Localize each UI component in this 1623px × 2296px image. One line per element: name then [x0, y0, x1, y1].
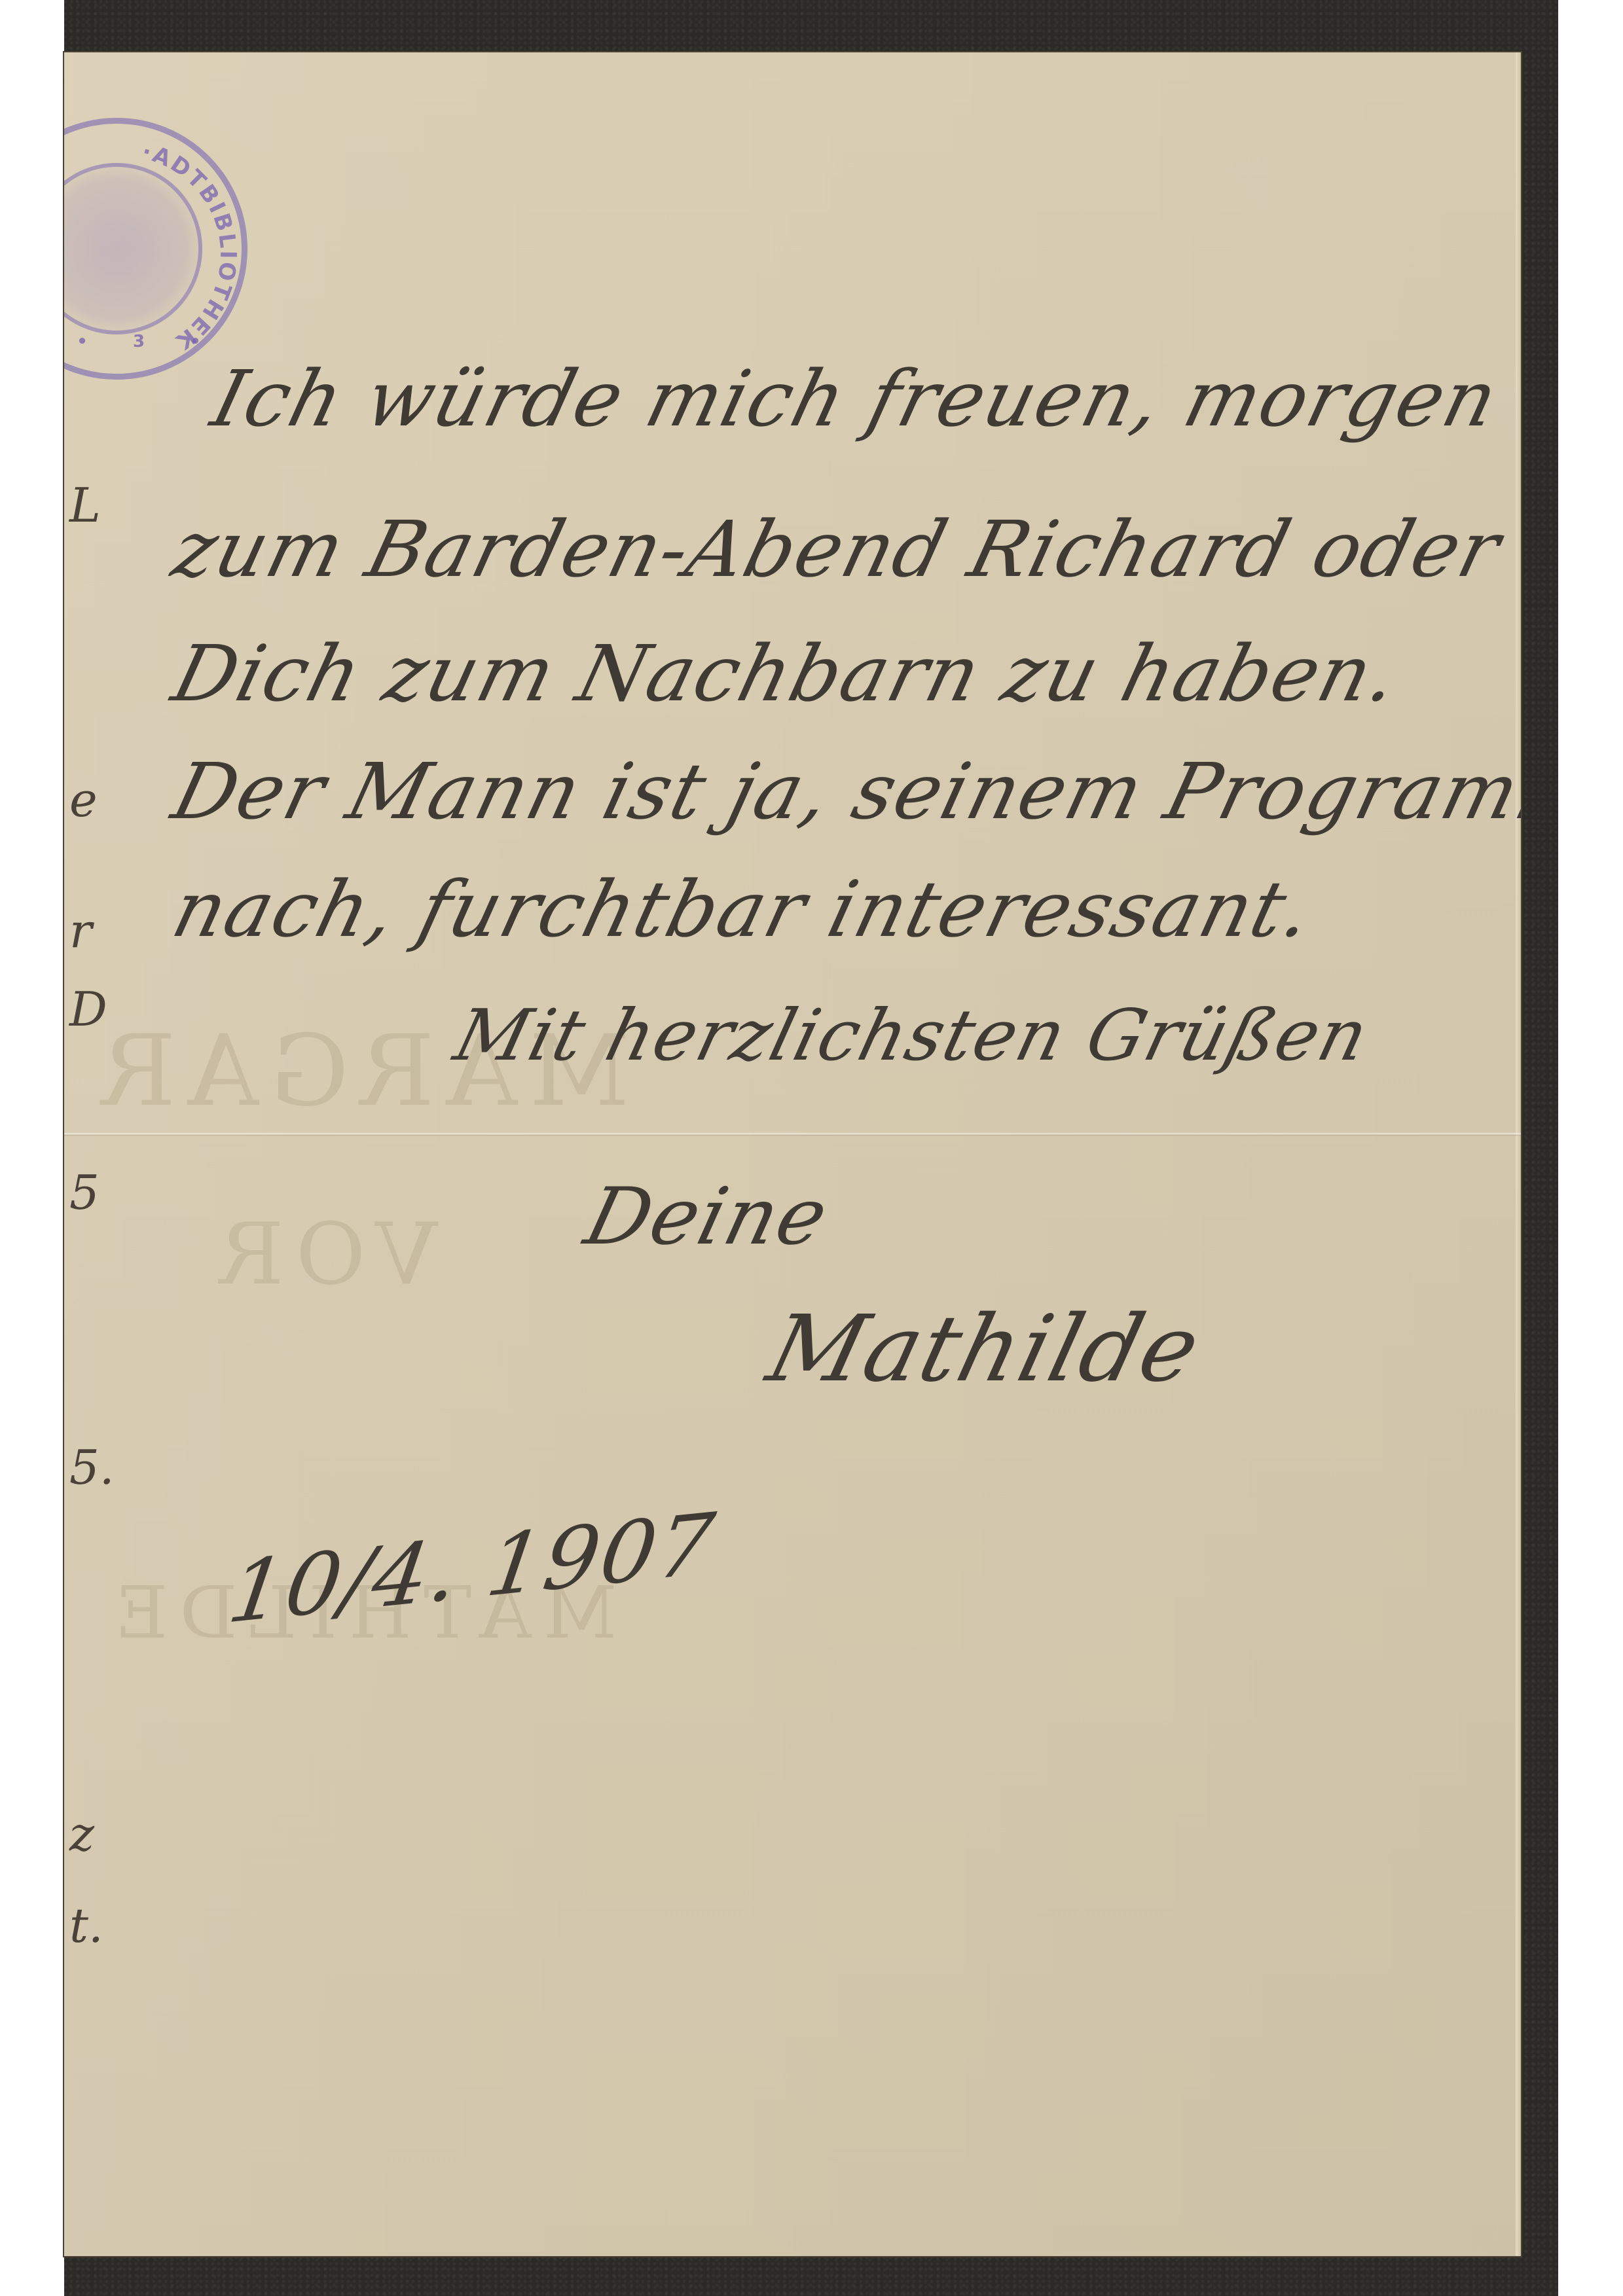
letter-line-3: Dich zum Nachbarn zu haben. [164, 628, 1408, 719]
svg-text:·ADTBIBLIOTHEK: ·ADTBIBLIOTHEK [139, 138, 241, 355]
margin-fragment: 5 [69, 1165, 100, 1220]
margin-fragment: t. [69, 1898, 103, 1953]
library-stamp: ·ADTBIBLIOTHEK • 3 • [64, 118, 247, 380]
letter-line-2: zum Barden-Abend Richard oder [164, 504, 1510, 594]
margin-fragment: D [69, 982, 107, 1037]
letterhead-bleed-2: VOR [208, 1204, 437, 1304]
margin-fragment: 5. [69, 1440, 115, 1495]
fold-crease [64, 1132, 1521, 1136]
stamp-number: • 3 • [64, 332, 240, 351]
signature-line-2: Mathilde [758, 1296, 1211, 1403]
closing-line: Mit herzlichsten Grüßen [447, 995, 1377, 1077]
letter-page: MARGAR VOR MATHILDE ·ADTBIBLIOTHEK • 3 •… [64, 52, 1521, 2256]
margin-fragment: r [69, 903, 92, 958]
margin-fragment: e [69, 772, 98, 827]
letter-line-5: nach, furchtbar interessant. [164, 864, 1322, 954]
signature-line-1: Deine [577, 1172, 838, 1263]
paper-edge [1516, 52, 1521, 2256]
margin-fragment: L [69, 478, 101, 533]
letter-line-1: Ich würde mich freuen, morgen [204, 353, 1508, 444]
letter-line-4: Der Mann ist ja, seinem Programm [164, 746, 1521, 836]
margin-fragment: z [69, 1806, 94, 1861]
